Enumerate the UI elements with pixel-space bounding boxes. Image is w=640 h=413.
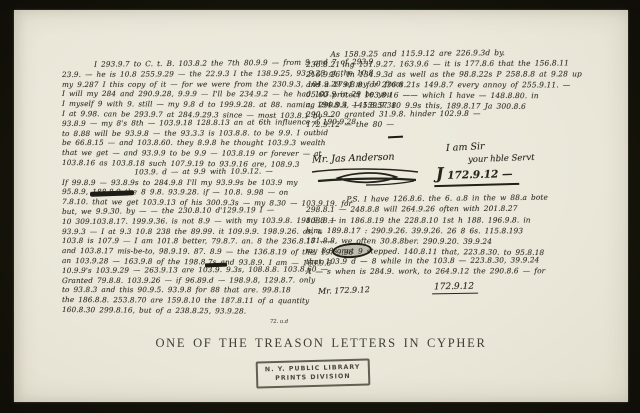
cipher-line: 10.9.9's 103.9.29 — 263.9.13 are 103.9. … — [62, 264, 310, 275]
strike-mark — [388, 136, 403, 139]
cipher-line: 103.9. d — at 9.9 with 10.9.12. — — [62, 166, 310, 178]
cipher-line: be 66.8.15 — and 103.8.60. they 8.9.8 he… — [62, 138, 310, 148]
photo-frame: I 293.9.7 to C. t. B. 103.8.2 the 7th 80… — [0, 0, 640, 413]
cipher-line: 10 309.103.8.17. 199.9.36. is not 8.9 — … — [62, 215, 310, 226]
flourish-scribble — [308, 166, 426, 188]
cipher-line: 93.9.3 — I at 9.3 10.8 238 the 89.99. it… — [62, 226, 310, 236]
cipher-line: 23.9. — he is 10.8 255.9.29 — the 22.9.3… — [62, 68, 310, 79]
cipher-line: If 99.8.9 — 93.8.9s to 284.9.8 I'll my 9… — [62, 177, 310, 187]
caption: ONE OF THE TREASON LETTERS IN CYPHER — [14, 336, 628, 351]
cipher-line: him, 189.8.17 : 290.9.26. 39.9.26. 26 8 … — [306, 226, 594, 237]
cipher-line: 216.9.26. In 134.9.3d as well as the 98.… — [306, 69, 588, 80]
ps-footer-addressee: Mr. 172.9.12 — [318, 285, 370, 296]
cipher-line: and a 179.8.8 for 236.8.21s 149.8.7 ever… — [306, 80, 588, 90]
letter-card: I 293.9.7 to C. t. B. 103.8.2 the 7th 80… — [14, 10, 628, 402]
ps-footer-signature: 172.9.12 — [432, 282, 478, 295]
library-stamp: N. Y. PUBLIC LIBRARY PRINTS DIVISION — [256, 358, 370, 388]
cipher-line: 160.8.30 299.8.16, but of a 238.8.25, 93… — [62, 305, 310, 317]
cipher-line: Granted 79.8.8. 103.9.26 — if 96.89.d — … — [62, 275, 310, 285]
cipher-line: 103.8 is 107.9 — I am 101.8 better, 79.8… — [62, 236, 310, 246]
cipher-line: to 93.8.3 and this 90.9.5. 93.9.8 for 88… — [62, 285, 310, 295]
cipher-line: 172.9.12 — the 80 — — [306, 119, 588, 130]
collector-note: 72. u.d — [270, 319, 288, 325]
left-cipher-block: I 293.9.7 to C. t. B. 103.8.2 the 7th 80… — [62, 60, 310, 315]
right-cipher-block: As 158.9.25 and 115.9.12 are 226.9.3d by… — [306, 50, 588, 130]
cipher-line: 298.8.1 — 248.8.8 will 264.9.26 often wi… — [306, 204, 594, 216]
cipher-line: 103.8.1 in 186.8.19 the 228.8.10 1st h 1… — [306, 215, 594, 226]
signature-cipher: J 172.9.12 — — [434, 162, 519, 187]
cipher-line: 236.8.21'ing 131.9.27. 163.9.6 — it is 1… — [306, 58, 588, 70]
cipher-line: A — s when is 284.9. work, to 264.9.12 t… — [306, 266, 594, 277]
cipher-line: I will my 284 and 290.9.28, 9.9.9 — I'll… — [62, 89, 310, 99]
cipher-line: to 8.88 will be 93.9.8 — the 93.3.3 is 1… — [62, 128, 310, 139]
cipher-line: 93.8.9 — my 8's 8th — 103.9.18 128.8.13 … — [62, 117, 310, 129]
addressee-name: Mr. Jas Anderson — [312, 152, 395, 166]
salutation-line-1: I am Sir — [446, 141, 485, 154]
cipher-line: my 9.287 I this copy of it — for we were… — [62, 79, 310, 89]
ps-cipher-block: P.S. I have 126.8.6. the 6. a.8 in the w… — [306, 195, 594, 277]
